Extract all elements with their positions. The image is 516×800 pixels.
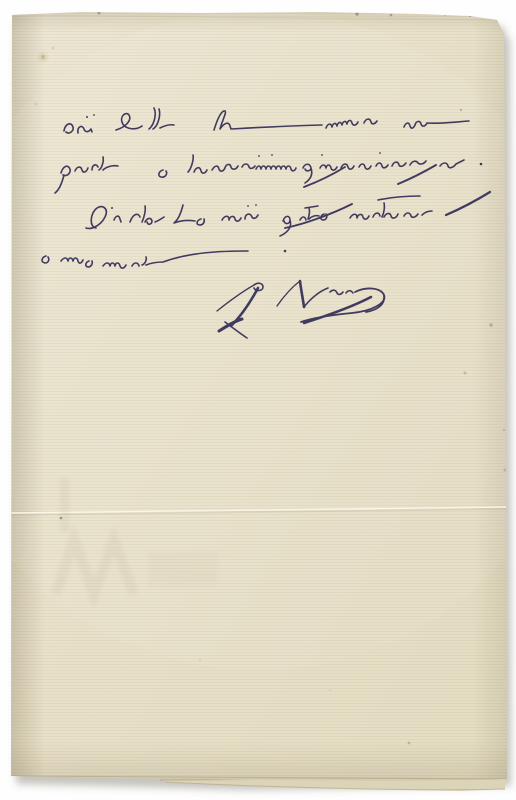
letter-photograph: cui Ella ha messo una sua parola e la su…: [0, 0, 516, 800]
center-highlight: [0, 10, 516, 670]
letter-photo-canvas: [0, 0, 516, 800]
